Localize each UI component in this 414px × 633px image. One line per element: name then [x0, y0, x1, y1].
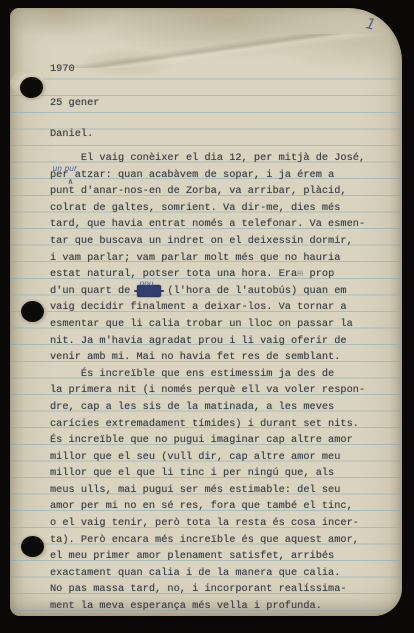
- typed-text: prop: [303, 268, 334, 280]
- typed-line: colrat de galtes, somrient. Va dir-me, d…: [50, 200, 390, 217]
- typed-line: ment la meva esperança més vella i profu…: [50, 598, 390, 615]
- typed-text: meus ulls, mai pugui ser més estimable: …: [50, 484, 340, 496]
- typed-text: el meu primer amor plenament satisfet, a…: [50, 550, 334, 562]
- typed-text: millor que el seu (vull dir, cap altre a…: [50, 451, 340, 463]
- handwritten-page-number: 1: [364, 14, 378, 34]
- salutation: Daniel.: [50, 128, 93, 140]
- typed-text: (l'hora de l'autobús) quan em: [161, 285, 346, 297]
- typed-line: No pas massa tard, no, i incorporant rea…: [50, 581, 390, 598]
- typed-text: amor per mi no en sé res, fora que també…: [50, 500, 353, 512]
- typed-text: nit. Ja m'havia agradat prou i li vaig o…: [50, 335, 347, 347]
- handwritten-correction: nou: [140, 276, 154, 293]
- typed-line: esmentar que li calia trobar un lloc on …: [50, 316, 390, 333]
- typed-text: colrat de galtes, somrient. Va dir-me, d…: [50, 202, 340, 214]
- punch-hole: [21, 301, 44, 322]
- typed-text: vaig decidir finalment a deixar-los. Va …: [50, 301, 347, 313]
- typed-line: El vaig conèixer el dia 12, per mitjà de…: [50, 150, 390, 167]
- ink-blot-strikeout: nou: [137, 285, 162, 297]
- typed-line: la primera nit (i només perquè ell va vo…: [50, 382, 390, 399]
- typed-text: esmentar que li calia trobar un lloc on …: [50, 318, 353, 330]
- date-heading: 25 gener: [50, 97, 99, 109]
- punch-hole: [21, 536, 44, 557]
- typed-line: dre, cap a les sis de la matinada, a les…: [50, 399, 390, 416]
- typed-text: tar que buscava un indret on el deixessi…: [50, 235, 353, 247]
- typed-text: venir amb mi. Mai no havia fet res de se…: [50, 351, 340, 363]
- typed-line: meus ulls, mai pugui ser més estimable: …: [50, 482, 390, 499]
- typed-text: estat natural, potser tota una hora. Era: [50, 268, 297, 280]
- year-heading: 1970: [50, 63, 75, 75]
- typed-line: punt d'anar-nos-en de Zorba, va arribar,…: [50, 183, 390, 200]
- typed-line: el meu primer amor plenament satisfet, a…: [50, 548, 390, 565]
- typed-line: estat natural, potser tota una hora. Era…: [50, 266, 390, 283]
- typed-text: ment la meva esperança més vella i profu…: [50, 600, 322, 612]
- typed-line: amor per mi no en sé res, fora que també…: [50, 498, 390, 515]
- typed-text: d'un quart de: [50, 285, 137, 297]
- typed-line: És increïble que no pugui imaginar cap a…: [50, 432, 390, 449]
- typed-text: El vaig conèixer el dia 12, per mitjà de…: [50, 152, 365, 164]
- typed-text: ta). Però encara més increïble és que aq…: [50, 534, 359, 546]
- typed-text: No pas massa tard, no, i incorporant rea…: [50, 583, 347, 595]
- typed-text: i vam parlar; vam parlar molt més que no…: [50, 252, 340, 264]
- typed-line: per ∧un puratzar: quan acabàvem de sopar…: [50, 167, 390, 184]
- typed-line: És increïble que ens estimessim ja des d…: [50, 366, 390, 383]
- typed-line: millor que el seu (vull dir, cap altre a…: [50, 449, 390, 466]
- typed-line: tar que buscava un indret on el deixessi…: [50, 233, 390, 250]
- typed-line: millor que el que li tinc i per ningú qu…: [50, 465, 390, 482]
- typed-text: atzar: quan acabàvem de sopar, i ja érem…: [75, 169, 335, 181]
- typed-line: exactament quan calia i de la manera que…: [50, 565, 390, 582]
- notebook-page: 1 1970 25 gener Daniel. El vaig conèixer…: [10, 8, 402, 616]
- typed-text: la primera nit (i només perquè ell va vo…: [50, 384, 365, 396]
- typed-line: d'un quart de nou (l'hora de l'autobús) …: [50, 283, 390, 300]
- typed-line: nit. Ja m'havia agradat prou i li vaig o…: [50, 333, 390, 350]
- typed-line: venir amb mi. Mai no havia fet res de se…: [50, 349, 390, 366]
- erased-character: m: [297, 268, 303, 280]
- typed-text: exactament quan calia i de la manera que…: [50, 567, 340, 579]
- typed-body: El vaig conèixer el dia 12, per mitjà de…: [50, 150, 390, 615]
- typed-text: dre, cap a les sis de la matinada, a les…: [50, 401, 334, 413]
- typed-text: És increïble que no pugui imaginar cap a…: [50, 434, 353, 446]
- typed-text: millor que el que li tinc i per ningú qu…: [50, 467, 334, 479]
- typed-line: vaig decidir finalment a deixar-los. Va …: [50, 299, 390, 316]
- typed-line: i vam parlar; vam parlar molt més que no…: [50, 250, 390, 267]
- handwritten-insertion: un pur: [53, 161, 78, 178]
- typed-text: punt d'anar-nos-en de Zorba, va arribar,…: [50, 185, 347, 197]
- typed-text: o el vaig tenir, però tota la resta és c…: [50, 517, 359, 529]
- typed-line: carícies extremadament tímides) i durant…: [50, 416, 390, 433]
- typed-text: carícies extremadament tímides) i durant…: [50, 418, 359, 430]
- typed-line: tard, que havia entrat només a telefonar…: [50, 216, 390, 233]
- caret-mark: ∧un pur: [69, 169, 75, 181]
- typed-text: És increïble que ens estimessim ja des d…: [50, 368, 334, 380]
- typed-line: o el vaig tenir, però tota la resta és c…: [50, 515, 390, 532]
- typed-line: ta). Però encara més increïble és que aq…: [50, 532, 390, 549]
- typed-text: tard, que havia entrat només a telefonar…: [50, 218, 365, 230]
